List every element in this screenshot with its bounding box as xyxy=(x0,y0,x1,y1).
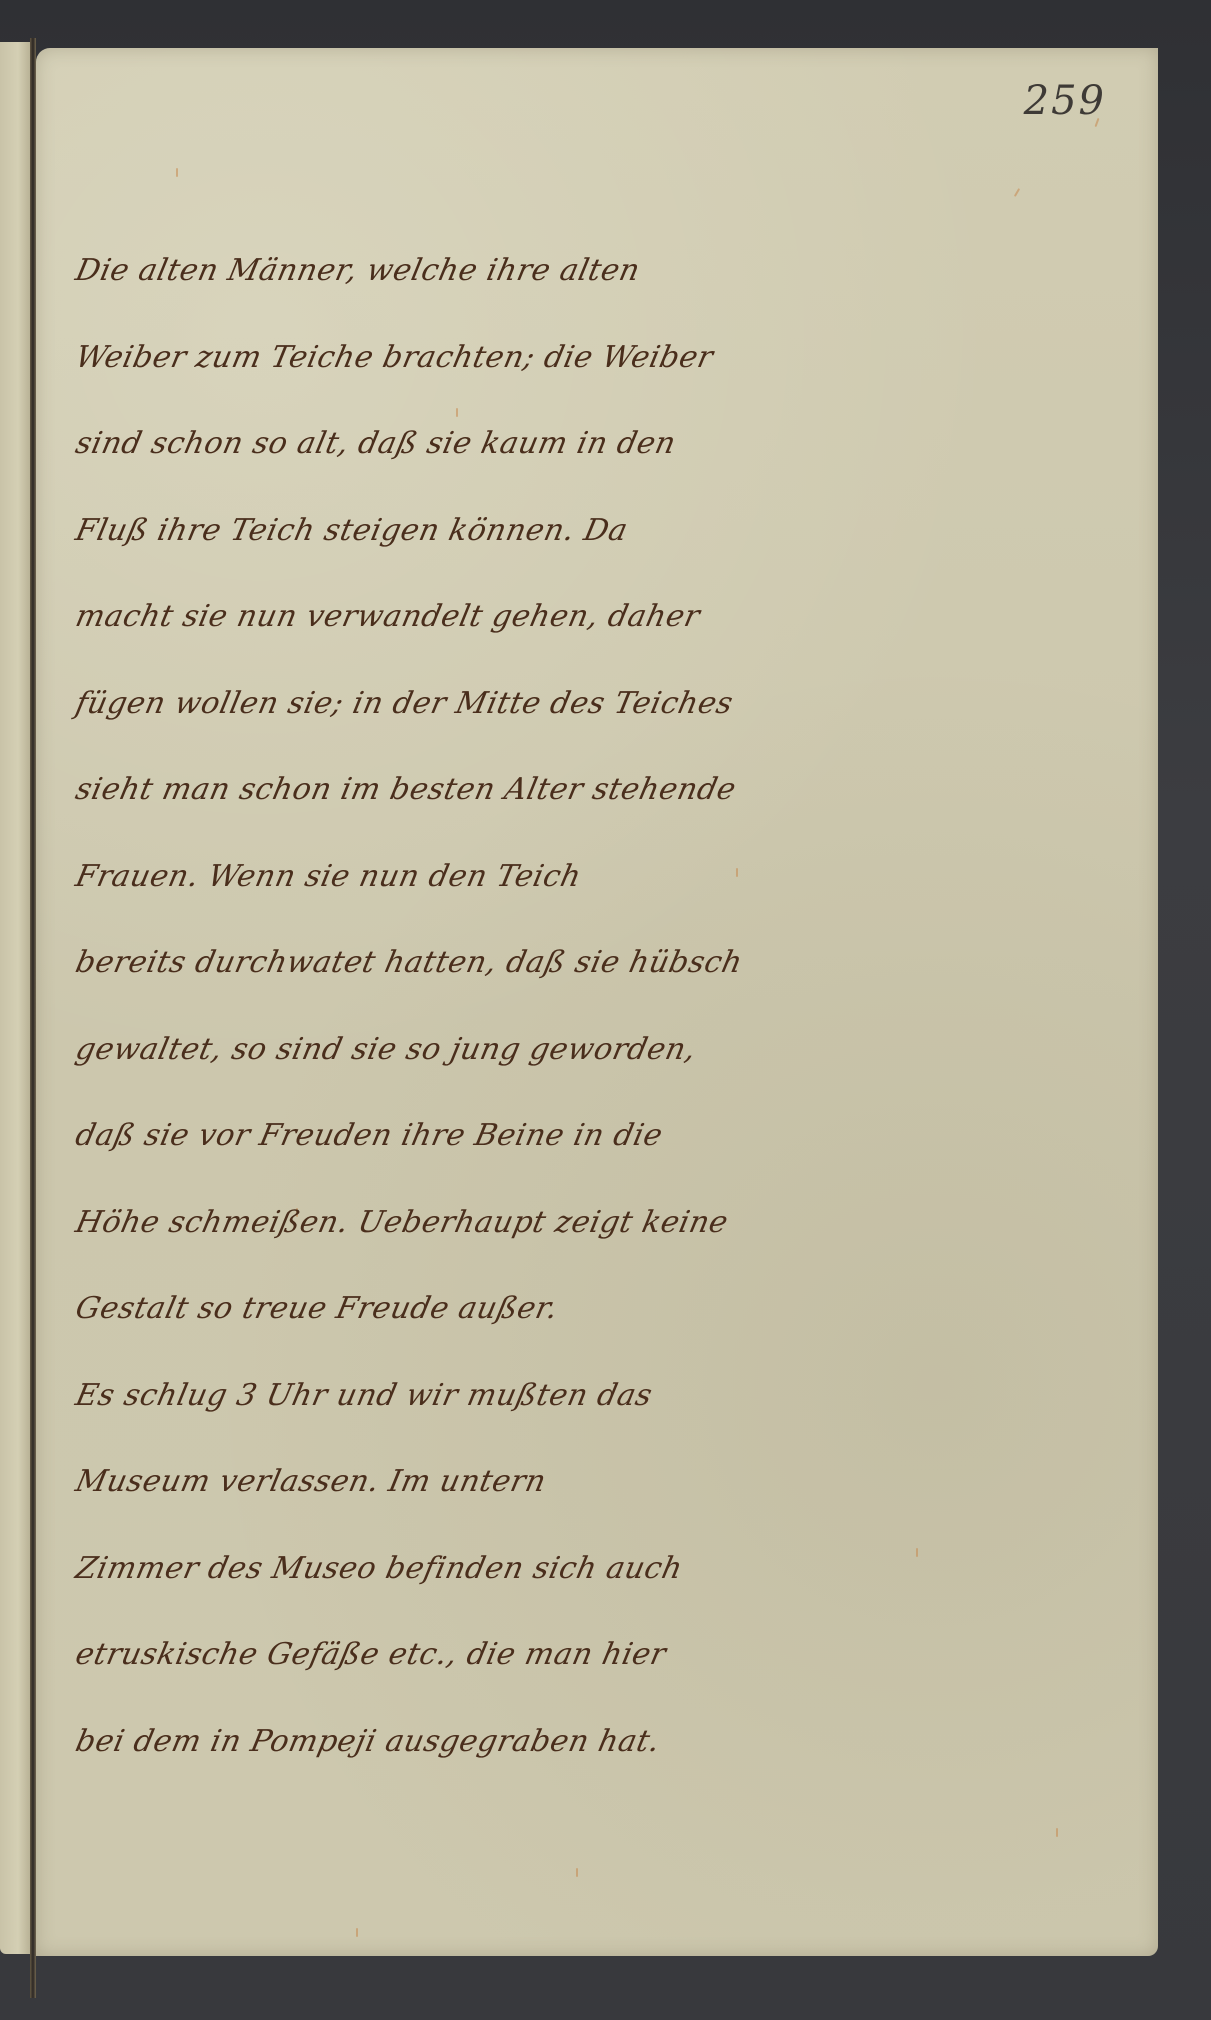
paper-fleck xyxy=(576,1868,578,1877)
paper-fleck xyxy=(1056,1828,1058,1837)
script-line: sieht man schon im besten Alter stehende xyxy=(67,747,885,834)
script-line: fügen wollen sie; in der Mitte des Teich… xyxy=(67,661,885,748)
script-line: bei dem in Pompeji ausgegraben hat. xyxy=(67,1699,885,1786)
script-line: Die alten Männer, welche ihre alten xyxy=(67,228,885,315)
facing-page-edge xyxy=(0,42,30,1954)
script-line: Höhe schmeißen. Ueberhaupt zeigt keine xyxy=(67,1180,885,1267)
paper-fleck xyxy=(916,1548,918,1557)
handwritten-text-block: Die alten Männer, welche ihre alten Weib… xyxy=(76,228,876,1785)
manuscript-page: 259 Die alten Männer, welche ihre alten … xyxy=(36,48,1158,1956)
script-line: Museum verlassen. Im untern xyxy=(67,1439,885,1526)
script-line: Zimmer des Museo befinden sich auch xyxy=(67,1526,885,1613)
script-line: daß sie vor Freuden ihre Beine in die xyxy=(67,1093,885,1180)
script-line: sind schon so alt, daß sie kaum in den xyxy=(67,401,885,488)
script-line: macht sie nun verwandelt gehen, daher xyxy=(67,574,885,661)
script-line: Es schlug 3 Uhr und wir mußten das xyxy=(67,1353,885,1440)
paper-fleck xyxy=(176,168,178,177)
script-line: Frauen. Wenn sie nun den Teich xyxy=(67,834,885,921)
script-line: Weiber zum Teiche brachten; die Weiber xyxy=(67,315,885,402)
script-line: bereits durchwatet hatten, daß sie hübsc… xyxy=(67,920,885,1007)
folio-number: 259 xyxy=(1024,78,1106,124)
paper-fleck xyxy=(356,1928,358,1937)
script-line: Fluß ihre Teich steigen können. Da xyxy=(67,488,885,575)
script-line: Gestalt so treue Freude außer. xyxy=(67,1266,885,1353)
paper-fleck xyxy=(1014,188,1020,197)
script-line: gewaltet, so sind sie so jung geworden, xyxy=(67,1007,885,1094)
script-line: etruskische Gefäße etc., die man hier xyxy=(67,1612,885,1699)
